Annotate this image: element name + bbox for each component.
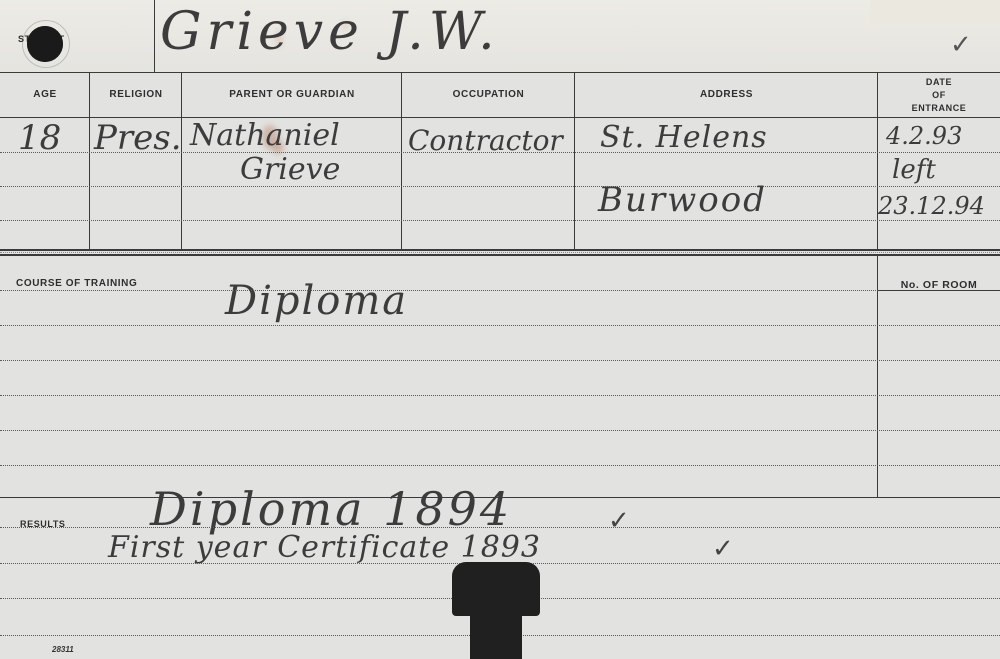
corner-check-mark: ✓: [950, 30, 972, 60]
date-header-line1: DATE: [878, 76, 1000, 89]
results-line1-check: ✓: [608, 506, 630, 536]
room-column-divider: [877, 256, 878, 497]
age-value: 18: [18, 118, 61, 158]
course-of-training-value: Diploma: [225, 278, 408, 324]
column-header-age: AGE: [0, 89, 90, 100]
double-rule-fill: [0, 252, 1000, 253]
header-divider: [154, 0, 155, 73]
column-header-date-of-entrance: DATE OF ENTRANCE: [878, 76, 1000, 115]
section-double-rule-bottom: [0, 254, 1000, 256]
course-of-training-label: COURSE OF TRAINING: [16, 278, 137, 289]
filing-tab-notch-stem: [470, 600, 522, 659]
column-divider: [401, 73, 402, 251]
address-line2: Burwood: [598, 180, 767, 220]
column-header-religion: RELIGION: [90, 89, 182, 100]
ruled-dotted-line: [0, 290, 878, 291]
parent-name-line2: Grieve: [240, 152, 340, 187]
address-line1: St. Helens: [600, 120, 768, 155]
ruled-dotted-line: [0, 430, 1000, 431]
column-divider: [877, 73, 878, 251]
ruled-dotted-line: [0, 527, 1000, 528]
column-divider: [181, 73, 182, 251]
ruled-dotted-line: [0, 360, 1000, 361]
card-serial-number: 28311: [52, 645, 74, 654]
section-double-rule-top: [0, 249, 1000, 251]
ruled-dotted-line: [0, 395, 1000, 396]
column-divider: [574, 73, 575, 251]
header-band: [0, 0, 1000, 73]
ruled-dotted-line: [0, 220, 1000, 221]
student-record-card: STUDENT Grieve J.W. ✓ AGE RELIGION PAREN…: [0, 0, 1000, 659]
date-header-line2: OF: [878, 89, 1000, 102]
room-header-rule: [878, 290, 1000, 291]
student-name: Grieve J.W.: [160, 2, 500, 62]
religion-value: Pres.: [94, 118, 182, 158]
column-header-parent-or-guardian: PARENT OR GUARDIAN: [182, 89, 402, 100]
header-bottom-rule: [0, 72, 1000, 73]
left-label: left: [892, 155, 936, 185]
column-divider: [89, 73, 90, 251]
results-line2: First year Certificate 1893: [108, 530, 541, 565]
punch-hole-cover: [27, 26, 63, 62]
ruled-dotted-line: [0, 465, 1000, 466]
parent-name-line1: Nathaniel: [190, 118, 340, 153]
date-left-value: 23.12.94: [878, 192, 985, 220]
date-entered-value: 4.2.93: [886, 122, 962, 150]
results-line2-check: ✓: [712, 534, 734, 564]
ruled-dotted-line: [0, 325, 1000, 326]
date-header-line3: ENTRANCE: [878, 102, 1000, 115]
column-header-occupation: OCCUPATION: [402, 89, 575, 100]
column-header-address: ADDRESS: [575, 89, 878, 100]
ruled-dotted-line: [0, 186, 1000, 187]
occupation-value: Contractor: [408, 124, 563, 157]
header-band-torn-edge: [870, 0, 1000, 24]
